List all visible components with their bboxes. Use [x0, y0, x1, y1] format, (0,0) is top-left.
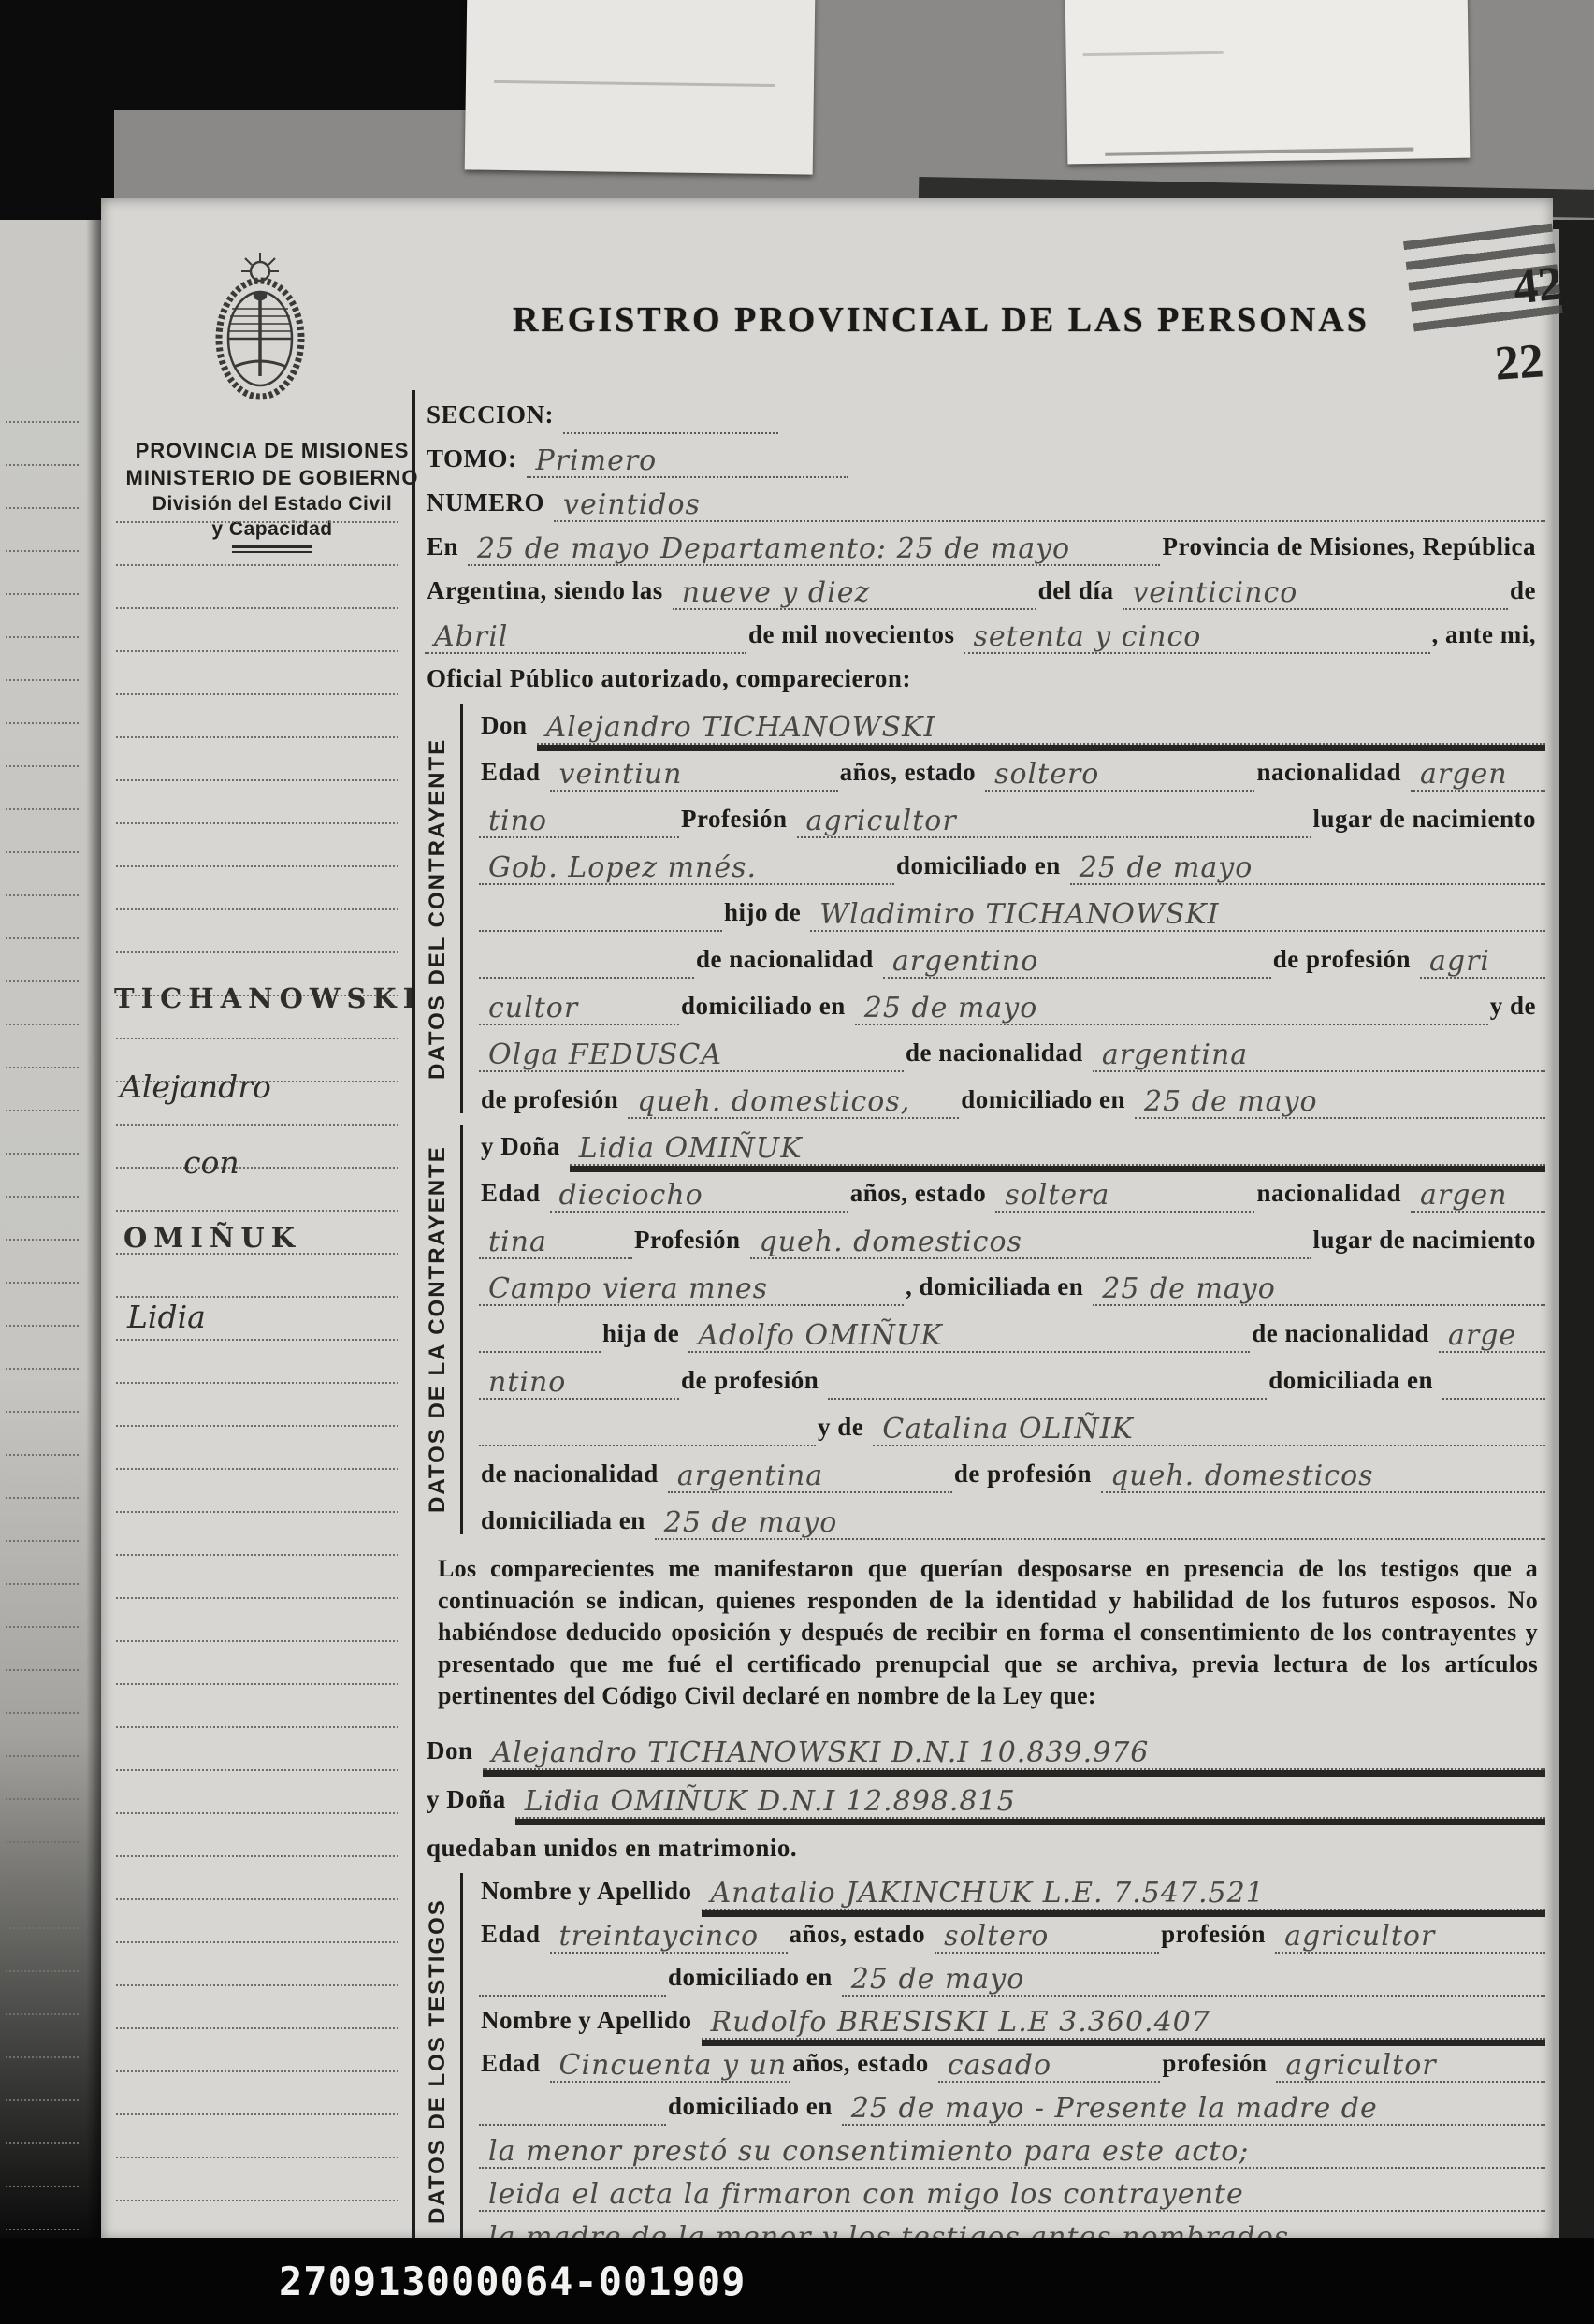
handwritten-value: soltero	[935, 1923, 1159, 1954]
typed-label: domiciliado en	[894, 851, 1070, 885]
registry-title: REGISTRO PROVINCIAL DE LAS PERSONAS	[513, 299, 1457, 341]
handwritten-value: queh. domesticos	[750, 1228, 1311, 1259]
form-row: En25 de mayo Departamento: 25 de mayoPro…	[425, 522, 1545, 566]
ruled-dotted-line	[6, 722, 79, 724]
form-row: EdadCincuenta y unaños, estadocasadoprof…	[479, 2040, 1545, 2083]
typed-label: de nacionalidad	[694, 945, 883, 979]
handwritten-value: Wladimiro TICHANOWSKI	[810, 901, 1545, 932]
typed-label: Don	[425, 1736, 483, 1770]
typed-label: lugar de nacimiento	[1311, 805, 1546, 838]
ruled-dotted-line	[116, 693, 398, 695]
ruled-dotted-line	[116, 1683, 398, 1685]
form-row: cultordomiciliado en25 de mayoy de	[479, 979, 1545, 1025]
form-row: la menor prestó su consentimiento para e…	[479, 2126, 1545, 2169]
ruled-dotted-line	[6, 679, 79, 681]
ruled-dotted-line	[6, 1841, 79, 1843]
handwritten-value: soltera	[995, 1182, 1254, 1213]
form-row: domiciliado en25 de mayo	[479, 1954, 1545, 1997]
ruled-dotted-line	[6, 1712, 79, 1714]
handwritten-value: 25 de mayo - Presente la madre de	[842, 2095, 1545, 2126]
handwritten-value: la menor prestó su consentimiento para e…	[479, 2138, 1545, 2169]
ruled-dotted-line	[116, 1425, 398, 1427]
ruled-dotted-line	[6, 1884, 79, 1886]
handwritten-value: Olga FEDUSCA	[479, 1041, 904, 1072]
ruled-dotted-line	[6, 808, 79, 810]
typed-label: Profesión	[632, 1226, 750, 1259]
typed-label: años, estado	[838, 758, 986, 792]
form-row: hijo deWladimiro TICHANOWSKI	[479, 885, 1545, 932]
form-section-head: SECCION:TOMO:PrimeroNUMEROveintidosEn25 …	[412, 390, 1545, 698]
ruled-dotted-line	[116, 1812, 398, 1814]
ruled-dotted-line	[116, 650, 398, 652]
section-vertical-label: DATOS DE LOS TESTIGOS	[419, 1867, 456, 2255]
ruled-dotted-line	[116, 2070, 398, 2072]
ruled-dotted-line	[6, 2099, 79, 2101]
ruled-dotted-line	[6, 2056, 79, 2058]
handwritten-value: arge	[1439, 1322, 1545, 1353]
ruled-dotted-line	[6, 937, 79, 939]
division-name-line1: División del Estado Civil	[118, 491, 427, 516]
typed-label: domiciliada en	[1267, 1366, 1442, 1400]
typed-label: y Doña	[425, 1785, 515, 1819]
form-row: Edaddieciochoaños, estadosolteranacional…	[479, 1166, 1545, 1213]
form-row: domiciliado en25 de mayo - Presente la m…	[479, 2083, 1545, 2126]
typed-label: Provincia de Misiones, República	[1160, 532, 1545, 566]
typed-label: de profesión	[679, 1366, 828, 1400]
ruled-dotted-line	[116, 607, 398, 609]
margin-bride-firstname: Lidia	[127, 1299, 406, 1335]
typed-label: En	[425, 532, 468, 566]
blank-dotted-fill	[563, 432, 778, 434]
ruled-dotted-line	[116, 908, 398, 910]
ruled-dotted-line	[6, 980, 79, 982]
ruled-dotted-line	[116, 2157, 398, 2158]
typed-label: Nombre y Apellido	[479, 2006, 702, 2040]
handwritten-value: 25 de mayo Departamento: 25 de mayo	[468, 535, 1160, 566]
form-row: tinoProfesiónagricultorlugar de nacimien…	[479, 792, 1545, 838]
ruled-dotted-line	[116, 521, 398, 523]
ruled-dotted-line	[6, 2142, 79, 2144]
typed-label: quedaban unidos en matrimonio.	[425, 1834, 806, 1867]
typed-label: años, estado	[788, 1920, 935, 1954]
handwritten-value: 25 de mayo	[855, 995, 1488, 1025]
typed-label: SECCION:	[425, 400, 563, 434]
ruled-dotted-line	[6, 1239, 79, 1241]
ruled-dotted-line	[6, 1454, 79, 1456]
handwritten-value: soltero	[985, 761, 1254, 792]
form-row: de nacionalidadargentinade profesiónqueh…	[479, 1446, 1545, 1493]
typed-label: domiciliada en	[479, 1506, 655, 1540]
handwritten-value: tina	[479, 1228, 632, 1259]
ruled-dotted-line	[116, 1984, 398, 1986]
ruled-dotted-line	[116, 2027, 398, 2029]
handwritten-value: Anatalio JAKINCHUK L.E. 7.547.521	[702, 1880, 1545, 1910]
margin-index-names: TICHANOWSKI Alejandro con OMIÑUK Lidia	[110, 982, 406, 1335]
typed-label: lugar de nacimiento	[1311, 1226, 1546, 1259]
form-row: Campo viera mnes, domiciliada en25 de ma…	[479, 1259, 1545, 1306]
form-row: TOMO:Primero	[425, 434, 1545, 478]
handwritten-value: Adolfo OMIÑUK	[688, 1322, 1250, 1353]
handwritten-value: agricultor	[1275, 1923, 1545, 1954]
margin-ruled-lines	[116, 521, 398, 2286]
ruled-dotted-line	[6, 464, 79, 466]
ruled-dotted-line	[6, 1540, 79, 1542]
typed-label: de nacionalidad	[904, 1039, 1093, 1072]
ruled-dotted-line	[116, 1468, 398, 1470]
handwritten-value: Campo viera mnes	[479, 1275, 904, 1306]
ruled-dotted-line	[116, 2200, 398, 2201]
handwritten-value: argen	[1411, 1182, 1545, 1213]
form-row: hija deAdolfo OMIÑUKde nacionalidadarge	[479, 1306, 1545, 1353]
ruled-dotted-line	[6, 1411, 79, 1413]
ruled-dotted-line	[116, 865, 398, 867]
typed-label: Profesión	[679, 805, 797, 838]
handwritten-value: Abril	[425, 623, 746, 654]
ruled-dotted-line	[6, 636, 79, 638]
section-vertical-label: DATOS DE LA CONTRAYENTE	[419, 1119, 456, 1540]
form-row: domiciliada en25 de mayo	[479, 1493, 1545, 1540]
typed-label: y de	[816, 1413, 873, 1446]
typed-label: hija de	[601, 1319, 688, 1353]
form-row: Nombre y ApellidoRudolfo BRESISKI L.E 3.…	[479, 1997, 1545, 2040]
ruled-dotted-line	[6, 2186, 79, 2187]
handwritten-value: 25 de mayo	[1070, 854, 1545, 885]
ministry-name: MINISTERIO DE GOBIERNO	[118, 464, 427, 491]
handwritten-value: argentina	[1093, 1041, 1545, 1072]
paper-fragment-right	[1065, 0, 1471, 164]
ruled-dotted-line	[6, 1153, 79, 1155]
typed-label: nacionalidad	[1254, 758, 1411, 792]
ruled-dotted-line	[6, 593, 79, 595]
ruled-dotted-line	[116, 1339, 398, 1341]
typed-label: y de	[1488, 992, 1545, 1025]
typed-label: domiciliado en	[666, 2092, 842, 2126]
ruled-dotted-line	[116, 822, 398, 824]
blank-dotted-fill	[479, 977, 694, 979]
ruled-dotted-line	[6, 1497, 79, 1499]
barcode-footer: 270913000064-001909	[0, 2238, 1594, 2324]
blank-dotted-fill	[1442, 1398, 1545, 1400]
typed-label: Edad	[479, 1920, 550, 1954]
marriage-form: SECCION:TOMO:PrimeroNUMEROveintidosEn25 …	[412, 390, 1545, 2255]
form-row: Edadtreintaycincoaños, estadosolteroprof…	[479, 1910, 1545, 1954]
typed-label: y Doña	[479, 1132, 570, 1166]
form-row: Gob. Lopez mnés.domiciliado en25 de mayo	[479, 838, 1545, 885]
typed-label: domiciliado en	[959, 1085, 1135, 1119]
ruled-dotted-line	[6, 1368, 79, 1370]
form-section-decl: DonAlejandro TICHANOWSKI D.N.I 10.839.97…	[412, 1721, 1545, 1867]
scan-black-corner-left	[0, 0, 114, 232]
blank-dotted-fill	[479, 930, 722, 932]
ruled-dotted-line	[6, 1970, 79, 1972]
ruled-dotted-line	[6, 1583, 79, 1585]
typed-label: profesión	[1159, 1920, 1275, 1954]
handwritten-value: 25 de mayo	[842, 1966, 1545, 1997]
typed-label: , domiciliada en	[904, 1272, 1093, 1306]
typed-label: NUMERO	[425, 488, 554, 522]
typed-label: años, estado	[790, 2049, 938, 2083]
handwritten-value: Lidia OMIÑUK D.N.I 12.898.815	[515, 1788, 1545, 1819]
book-right-edge	[1551, 220, 1594, 2324]
form-row: DonAlejandro TICHANOWSKI	[479, 698, 1545, 745]
handwritten-value: Alejandro TICHANOWSKI D.N.I 10.839.976	[483, 1739, 1545, 1770]
paper-fragment-left	[465, 0, 816, 175]
handwritten-value: dieciocho	[550, 1182, 848, 1213]
typed-label: Edad	[479, 1179, 550, 1213]
typed-label: TOMO:	[425, 444, 527, 478]
handwritten-value: agri	[1420, 948, 1545, 979]
margin-con-word: con	[183, 1144, 406, 1181]
typed-label: de profesión	[952, 1460, 1101, 1493]
ruled-dotted-line	[116, 1726, 398, 1728]
ruled-dotted-line	[6, 1024, 79, 1025]
ruled-dotted-line	[6, 550, 79, 552]
margin-groom-firstname: Alejandro	[120, 1068, 406, 1105]
section-vertical-label: DATOS DEL CONTRAYENTE	[419, 698, 456, 1119]
typed-label: Don	[479, 711, 537, 745]
form-row: Argentina, siendo lasnueve y diezdel día…	[425, 566, 1545, 610]
ruled-dotted-line	[6, 1927, 79, 1929]
handwritten-value: treintaycinco	[550, 1923, 788, 1954]
ruled-dotted-line	[116, 1898, 398, 1900]
handwritten-value: 25 de mayo	[1093, 1275, 1545, 1306]
handwritten-value: tino	[479, 807, 679, 838]
typed-label: de	[1508, 576, 1545, 610]
typed-label: , ante mi,	[1430, 620, 1545, 654]
ruled-dotted-line	[116, 2113, 398, 2115]
ruled-dotted-line	[116, 1511, 398, 1513]
ruled-dotted-line	[6, 1196, 79, 1198]
handwritten-value: veintidos	[554, 491, 1545, 522]
form-section-bride: DATOS DE LA CONTRAYENTEy DoñaLidia OMIÑU…	[412, 1119, 1545, 1540]
blank-dotted-fill	[479, 1445, 816, 1446]
ruled-dotted-line	[6, 765, 79, 767]
margin-groom-surname: TICHANOWSKI	[114, 982, 406, 1014]
typed-label: hijo de	[722, 898, 810, 932]
typed-label: de profesión	[1271, 945, 1420, 979]
form-row: Oficial Público autorizado, compareciero…	[425, 654, 1545, 698]
handwritten-value: agricultor	[1276, 2052, 1545, 2083]
typed-label: nacionalidad	[1254, 1179, 1411, 1213]
ruled-dotted-line	[116, 1382, 398, 1384]
blank-dotted-fill	[828, 1398, 1267, 1400]
typed-label: del día	[1036, 576, 1123, 610]
form-row: Nombre y ApellidoAnatalio JAKINCHUK L.E.…	[479, 1867, 1545, 1910]
ruled-dotted-line	[6, 1755, 79, 1757]
typed-label: domiciliado en	[666, 1963, 842, 1997]
scanned-registry-document: PROVINCIA DE MISIONES MINISTERIO DE GOBI…	[0, 0, 1594, 2324]
ruled-dotted-line	[6, 1626, 79, 1628]
typed-label: Edad	[479, 758, 550, 792]
ruled-dotted-line	[116, 1941, 398, 1943]
form-section-groom: DATOS DEL CONTRAYENTEDonAlejandro TICHAN…	[412, 698, 1545, 1119]
ruled-dotted-line	[6, 2229, 79, 2230]
ruled-dotted-line	[6, 2013, 79, 2015]
form-row: quedaban unidos en matrimonio.	[425, 1819, 1545, 1867]
consent-paragraph: Los comparecientes me manifestaron que q…	[425, 1553, 1545, 1712]
section-inner-rule	[460, 1125, 463, 1534]
blank-dotted-fill	[479, 1995, 666, 1997]
handwritten-value: cultor	[479, 995, 679, 1025]
ruled-dotted-line	[6, 1669, 79, 1671]
typed-label: de profesión	[479, 1085, 628, 1119]
form-row: Edadveintiunaños, estadosolteronacionali…	[479, 745, 1545, 792]
handwritten-value: queh. domesticos	[1101, 1462, 1545, 1493]
form-row: DonAlejandro TICHANOWSKI D.N.I 10.839.97…	[425, 1721, 1545, 1770]
handwritten-value: 25 de mayo	[655, 1509, 1545, 1540]
typed-label: Edad	[479, 2049, 550, 2083]
stamp-number-top: 42	[1511, 255, 1565, 315]
section-inner-rule	[460, 704, 463, 1113]
form-row: tinaProfesiónqueh. domesticoslugar de na…	[479, 1213, 1545, 1259]
form-row: de profesiónqueh. domesticos,domiciliado…	[479, 1072, 1545, 1119]
blank-dotted-fill	[479, 1351, 601, 1353]
ruled-dotted-line	[6, 1325, 79, 1327]
handwritten-value: Catalina OLIÑIK	[873, 1416, 1545, 1446]
blank-dotted-fill	[479, 2124, 666, 2126]
handwritten-value: nueve y diez	[673, 579, 1036, 610]
previous-page-edge	[0, 220, 101, 2324]
form-row: leida el acta la firmaron con migo los c…	[479, 2169, 1545, 2212]
form-row: y DoñaLidia OMIÑUK D.N.I 12.898.815	[425, 1770, 1545, 1819]
ruled-dotted-line	[116, 564, 398, 566]
handwritten-value: Rudolfo BRESISKI L.E 3.360.407	[702, 2009, 1545, 2040]
ruled-dotted-line	[6, 1282, 79, 1284]
ruled-dotted-line	[6, 851, 79, 853]
page-stack-edge	[1553, 229, 1559, 2268]
typed-label: profesión	[1160, 2049, 1276, 2083]
handwritten-value: Gob. Lopez mnés.	[479, 854, 894, 885]
handwritten-value: leida el acta la firmaron con migo los c…	[479, 2181, 1545, 2212]
book-spine-shadow	[86, 220, 101, 2324]
form-row: SECCION:	[425, 390, 1545, 434]
ruled-dotted-line	[116, 951, 398, 953]
typed-label: de nacionalidad	[479, 1460, 668, 1493]
form-row: NUMEROveintidos	[425, 478, 1545, 522]
form-row: Abrilde mil novecientossetenta y cinco, …	[425, 610, 1545, 654]
form-row: y deCatalina OLIÑIK	[479, 1400, 1545, 1446]
handwritten-value: veintiun	[550, 761, 838, 792]
typed-label: Argentina, siendo las	[425, 576, 673, 610]
footer-reference-code: 270913000064-001909	[279, 2259, 746, 2304]
handwritten-value: veinticinco	[1123, 579, 1508, 610]
ruled-dotted-line	[116, 1640, 398, 1642]
typed-label: de nacionalidad	[1250, 1319, 1439, 1353]
ruled-dotted-line	[6, 421, 79, 423]
handwritten-value: Primero	[527, 447, 848, 478]
handwritten-value: 25 de mayo	[1135, 1088, 1545, 1119]
ruled-dotted-line	[116, 1769, 398, 1771]
ruled-dotted-line	[6, 894, 79, 896]
ruled-dotted-line	[6, 507, 79, 509]
handwritten-value: agricultor	[797, 807, 1311, 838]
ruled-dotted-line	[116, 779, 398, 781]
form-row: de nacionalidadargentinode profesiónagri	[479, 932, 1545, 979]
typed-label: Oficial Público autorizado, compareciero…	[425, 664, 920, 698]
handwritten-value: Cincuenta y un	[550, 2052, 791, 2083]
typed-label: Nombre y Apellido	[479, 1877, 702, 1910]
ruled-dotted-line	[116, 1554, 398, 1556]
form-row: ntinode profesióndomiciliada en	[479, 1353, 1545, 1400]
ruled-dotted-line	[6, 1110, 79, 1111]
typed-label: domiciliado en	[679, 992, 855, 1025]
form-section-witness: DATOS DE LOS TESTIGOSNombre y ApellidoAn…	[412, 1867, 1545, 2255]
handwritten-value: argentino	[883, 948, 1271, 979]
handwritten-value: Alejandro TICHANOWSKI	[537, 714, 1545, 745]
document-page: PROVINCIA DE MISIONES MINISTERIO DE GOBI…	[101, 198, 1553, 2241]
handwritten-value: Lidia OMIÑUK	[570, 1135, 1545, 1166]
handwritten-value: argentina	[668, 1462, 952, 1493]
handwritten-value: ntino	[479, 1369, 679, 1400]
typed-label: de mil novecientos	[746, 620, 964, 654]
section-inner-rule	[460, 1873, 463, 2249]
margin-ruled-lines-left	[0, 421, 88, 2315]
form-row: Olga FEDUSCAde nacionalidadargentina	[479, 1025, 1545, 1072]
ruled-dotted-line	[6, 1798, 79, 1800]
typed-label: años, estado	[848, 1179, 996, 1213]
form-section-consent: Los comparecientes me manifestaron que q…	[412, 1553, 1545, 1712]
province-name: PROVINCIA DE MISIONES	[118, 437, 427, 464]
ruled-dotted-line	[116, 736, 398, 738]
ruled-dotted-line	[116, 1855, 398, 1857]
handwritten-value: queh. domesticos,	[628, 1088, 959, 1119]
ruled-dotted-line	[6, 1067, 79, 1068]
margin-bride-surname: OMIÑUK	[123, 1222, 406, 1254]
form-row: y DoñaLidia OMIÑUK	[479, 1119, 1545, 1166]
stamp-number-bottom: 22	[1493, 333, 1545, 391]
handwritten-value: setenta y cinco	[964, 623, 1429, 654]
ruled-dotted-line	[116, 1597, 398, 1599]
handwritten-value: casado	[938, 2052, 1161, 2083]
handwritten-value: argen	[1411, 761, 1545, 792]
national-coat-of-arms	[204, 236, 316, 423]
